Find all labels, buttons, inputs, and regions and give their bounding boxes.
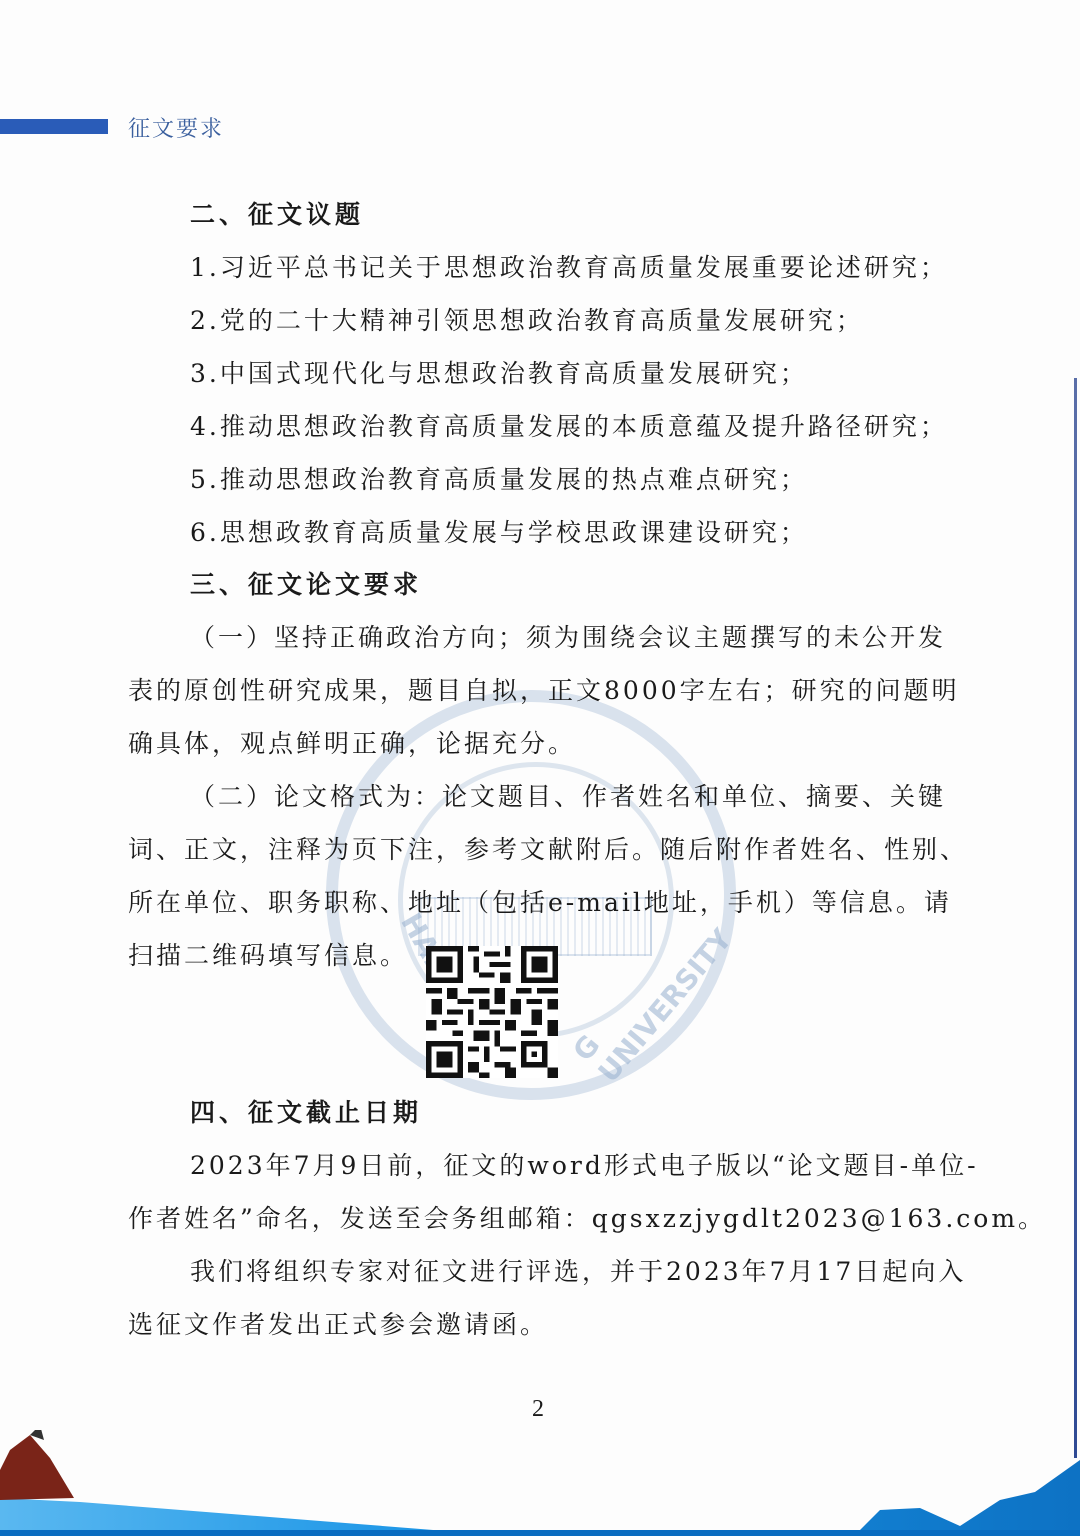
requirements-para2-line: 扫描二维码填写信息。 — [128, 941, 408, 971]
requirements-para2-line: 词、正文，注释为页下注，参考文献附后。随后附作者姓名、性别、 — [128, 835, 968, 865]
deadline-heading: 四、征文截止日期 — [190, 1098, 422, 1128]
requirements-para2-line: 所在单位、职务职称、地址（包括e-mail地址，手机）等信息。请 — [128, 888, 952, 918]
deadline-para1-line: 作者姓名”命名，发送至会务组邮箱：qgsxzzjygdlt2023@163.co… — [128, 1204, 1046, 1234]
header-accent-bar — [0, 119, 108, 134]
deadline-para2-line: 我们将组织专家对征文进行评选，并于2023年7月17日起向入 — [190, 1257, 966, 1287]
topic-item: 2.党的二十大精神引领思想政治教育高质量发展研究； — [190, 306, 864, 336]
footer-wave-decoration — [0, 1430, 1080, 1536]
topics-heading: 二、征文议题 — [190, 200, 364, 230]
deadline-para2-line: 选征文作者发出正式参会邀请函。 — [128, 1310, 548, 1340]
topic-item: 3.中国式现代化与思想政治教育高质量发展研究； — [190, 359, 808, 389]
requirements-para1-line: 确具体，观点鲜明正确，论据充分。 — [128, 729, 576, 759]
requirements-para1-line: 表的原创性研究成果，题目自拟，正文8000字左右；研究的问题明 — [128, 676, 960, 706]
topic-item: 4.推动思想政治教育高质量发展的本质意蕴及提升路径研究； — [190, 412, 948, 442]
requirements-para2-line: （二）论文格式为：论文题目、作者姓名和单位、摘要、关键 — [190, 782, 946, 812]
requirements-heading: 三、征文论文要求 — [190, 570, 422, 600]
section-header-title: 征文要求 — [128, 112, 224, 143]
topic-item: 1.习近平总书记关于思想政治教育高质量发展重要论述研究； — [190, 253, 948, 283]
topic-item: 5.推动思想政治教育高质量发展的热点难点研究； — [190, 465, 808, 495]
deadline-para1-line: 2023年7月9日前，征文的word形式电子版以“论文题目-单位- — [190, 1151, 979, 1181]
page-number: 2 — [532, 1396, 544, 1423]
pavilion-roof-icon — [0, 1435, 74, 1500]
right-margin-rule — [1074, 378, 1077, 1458]
requirements-para1-line: （一）坚持正确政治方向；须为围绕会议主题撰写的未公开发 — [190, 623, 946, 653]
topic-item: 6.思想政教育高质量发展与学校思政课建设研究； — [190, 518, 808, 548]
qr-code-icon — [426, 946, 558, 1078]
qr-code[interactable] — [426, 946, 558, 1078]
